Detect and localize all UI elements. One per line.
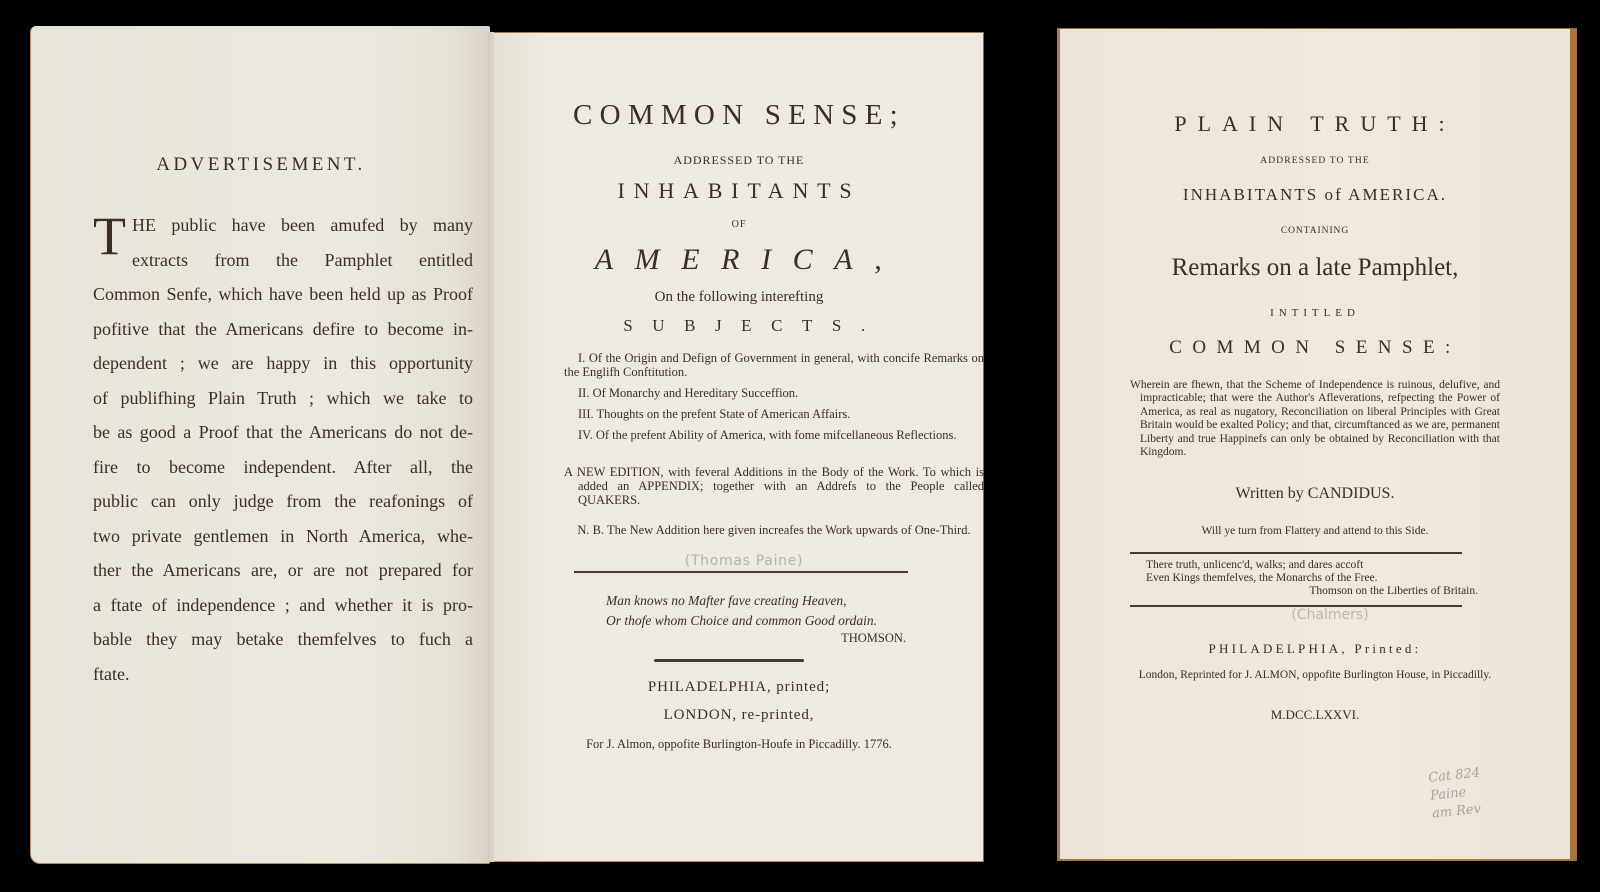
text-line: of publifhing Plain Truth ; which we tak… [93,381,473,416]
pencil-note: Cat 824 Paine am Rev [1427,758,1542,823]
author-line: Written by CANDIDUS. [1060,485,1570,503]
motto-line: Will ye turn from Flattery and attend to… [1060,525,1570,537]
subjects-list: I. Of the Origin and Defign of Governmen… [564,351,984,449]
imprint-almon: For J. Almon, oppofite Burlington-Houfe … [494,737,984,752]
epigraph-attribution: THOMSON. [754,631,906,646]
edition-note: A NEW EDITION, with feveral Additions in… [564,465,984,507]
text-line: pofitive that the Americans defire to be… [93,312,473,347]
subject-item: I. Of the Origin and Defign of Governmen… [564,351,984,379]
following-line: On the following interefting [494,289,984,306]
text-line: extracts from the Pamphlet entitled [93,243,473,278]
containing-line: CONTAINING [1060,226,1570,236]
text-line: Common Senfe, which have been held up as… [93,277,473,312]
inhabitants-line: INHABITANTS [494,178,984,204]
inhabitants-line: INHABITANTS of AMERICA. [1060,185,1570,205]
text-line: fire to become independent. After all, t… [93,450,473,485]
imprint-philadelphia: PHILADELPHIA, Printed: [1060,641,1570,657]
imprint-london: London, Reprinted for J. ALMON, oppofite… [1130,669,1500,683]
text-line: a ftate of independence ; and whether it… [93,588,473,623]
of-line: OF [494,219,984,230]
text-line: two private gentlemen in North America, … [93,519,473,554]
text-line: HE public have been amufed by many [93,208,473,243]
advertisement-title: ADVERTISEMENT. [31,154,491,176]
addressed-line: ADDRESSED TO THE [494,153,984,168]
text-line: dependent ; we are happy in this opportu… [93,346,473,381]
subject-item: IV. Of the prefent Ability of America, w… [564,428,984,442]
nb-note: N. B. The New Addition here given increa… [564,523,984,537]
text-line: ftate. [93,657,473,692]
intitled-line: INTITLED [1060,307,1570,319]
plain-truth-title-page: PLAIN TRUTH: ADDRESSED TO THE INHABITANT… [1057,28,1577,861]
verse-attribution: Thomson on the Liberties of Britain. [1210,585,1478,597]
imprint-philadelphia: PHILADELPHIA, printed; [494,679,984,696]
summary-paragraph: Wherein are fhewn, that the Scheme of In… [1130,379,1500,459]
divider-rule [574,571,908,573]
epigraph-line: Man knows no Mafter fave creating Heaven… [606,591,906,611]
epigraph-line: Or thofe whom Choice and common Good ord… [606,611,906,631]
text-line: be as good a Proof that the Americans do… [93,415,473,450]
verse-line: There truth, unlicenc'd, walks; and dare… [1146,559,1476,572]
divider-rule [654,659,804,662]
divider-rule [1130,552,1462,554]
imprint-london: LONDON, re-printed, [494,707,984,724]
text-line: bable they may betake themfelves to fuch… [93,622,473,657]
text-line: public can only judge from the reafoning… [93,484,473,519]
common-sense-line: COMMON SENSE: [1060,337,1570,359]
text-line: ther the Americans are, or are not prepa… [93,553,473,588]
handwritten-annotation: (Thomas Paine) [644,553,844,569]
title: COMMON SENSE; [494,99,984,132]
subjects-heading: SUBJECTS. [494,316,984,336]
drop-cap: T [93,214,126,258]
america-line: AMERICA, [494,243,984,277]
subject-item: II. Of Monarchy and Hereditary Succeffio… [564,386,984,400]
verse: There truth, unlicenc'd, walks; and dare… [1146,559,1476,585]
remarks-line: Remarks on a late Pamphlet, [1060,254,1570,282]
handwritten-annotation: (Chalmers) [1230,607,1430,623]
verse-line: Even Kings themfelves, the Monarchs of t… [1146,572,1476,585]
title: PLAIN TRUTH: [1060,111,1570,137]
advertisement-page: ADVERTISEMENT. T HE public have been amu… [30,26,490,864]
addressed-line: ADDRESSED TO THE [1060,156,1570,166]
subject-item: III. Thoughts on the prefent State of Am… [564,407,984,421]
advertisement-body: T HE public have been amufed by many ext… [93,208,473,691]
epigraph: Man knows no Mafter fave creating Heaven… [606,591,906,631]
common-sense-title-page: COMMON SENSE; ADDRESSED TO THE INHABITAN… [494,32,984,862]
imprint-year: M.DCC.LXXVI. [1060,707,1570,723]
